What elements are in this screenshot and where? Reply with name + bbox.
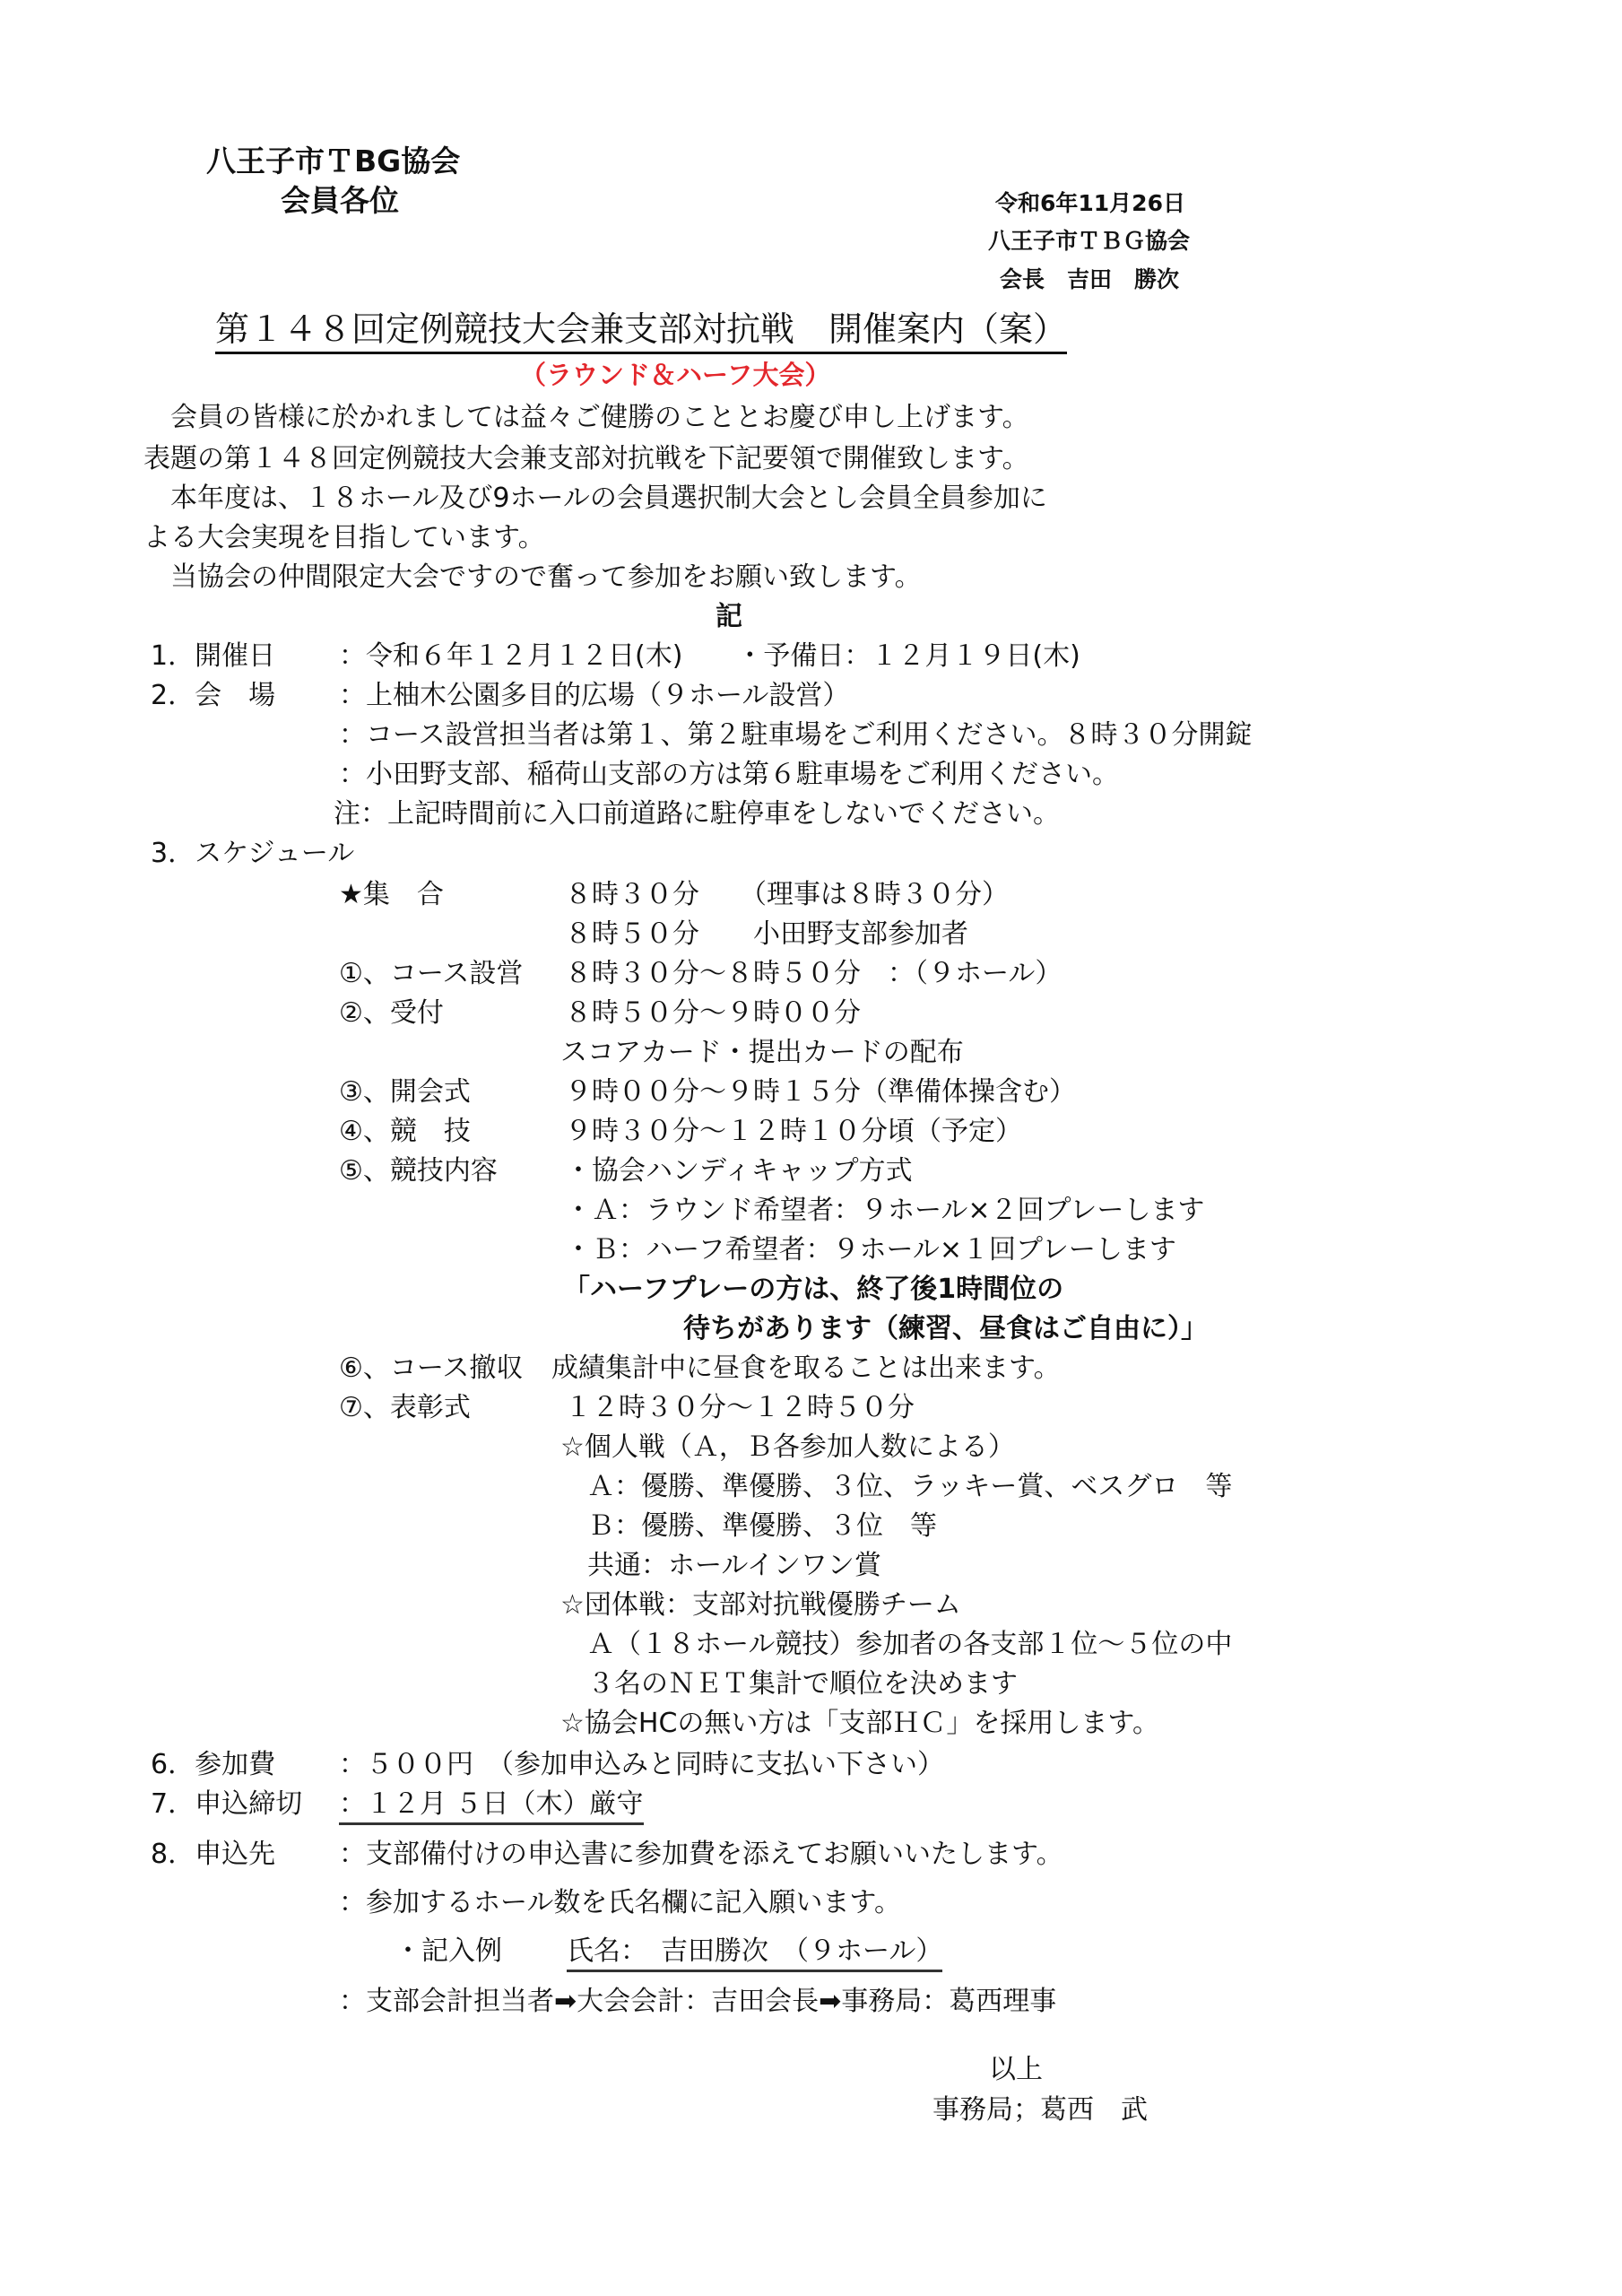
example-label: ・記入例 (395, 1935, 502, 1968)
sender-org: 八王子市ＴＢＧ協会 (988, 228, 1190, 255)
recipient-org: 八王子市ＴBG協会 (206, 143, 460, 179)
award-line: ☆個人戦（Ａ，Ｂ各参加人数による） (560, 1431, 1015, 1464)
recipient: 会員各位 (281, 183, 399, 219)
item-deadline-label: 7．申込締切 (151, 1788, 302, 1821)
schedule-row-label: ★集 合 (339, 879, 444, 911)
item-venue-note: 注：上記時間前に入口前道路に駐停車をしないでください。 (334, 798, 1060, 831)
award-line: ☆団体戦：支部対抗戦優勝チーム (560, 1589, 961, 1622)
closing: 以上 (989, 2054, 1043, 2086)
item-schedule-label: 3．スケジュール (151, 838, 354, 870)
schedule-row-value: １２時３０分～１２時５０分 (565, 1392, 915, 1424)
issue-date: 令和6年11月26日 (995, 190, 1185, 217)
item-apply-line: ：支部備付けの申込書に参加費を添えてお願いいたします。 (339, 1839, 1063, 1871)
contact: 事務局；葛西 武 (932, 2094, 1148, 2126)
award-line: Ａ：優勝、準優勝、３位、ラッキー賞、ベスグロ 等 (560, 1471, 1232, 1503)
subtitle: （ラウンド＆ハーフ大会） (520, 359, 831, 391)
schedule-row-value: スコアカード・提出カードの配布 (560, 1037, 964, 1069)
item-fee-label: 6．参加費 (151, 1749, 275, 1781)
schedule-row-label: ①、コース設営 (339, 958, 523, 990)
item-fee-value: ：５００円 （参加申込みと同時に支払い下さい） (339, 1749, 944, 1781)
item-date-label: 1．開催日 (151, 640, 275, 673)
schedule-row-label: ②、受付 (339, 997, 444, 1030)
item-venue-label: 2．会 場 (151, 680, 275, 712)
schedule-row-label: ③、開会式 (339, 1076, 471, 1109)
item-apply-line: ：参加するホール数を氏名欄に記入願います。 (339, 1887, 901, 1919)
ki-heading: 記 (716, 601, 742, 633)
item-apply-label: 8．申込先 (151, 1839, 275, 1871)
intro-line: 表題の第１４８回定例競技大会兼支部対抗戦を下記要領で開催致します。 (143, 443, 1029, 475)
schedule-row-value: ８時３０分 （理事は８時３０分） (565, 879, 1009, 911)
schedule-row-label: ⑦、表彰式 (339, 1392, 471, 1424)
example-value: 氏名： 吉田勝次 （９ホール） (567, 1935, 942, 1972)
schedule-row-label: ⑥、コース撤収 (339, 1352, 523, 1385)
item-deadline-value: ：１２月 ５日（木）厳守 (339, 1788, 644, 1825)
award-line: 共通：ホールインワン賞 (560, 1550, 881, 1582)
award-line: Ａ（１８ホール競技）参加者の各支部１位～５位の中 (560, 1629, 1232, 1661)
schedule-row-value: ９時３０分～１２時１０分頃（予定） (565, 1116, 1022, 1148)
intro-line: 当協会の仲間限定大会ですので奮って参加をお願い致します。 (143, 561, 922, 594)
schedule-row-value: ８時５０分 小田野支部参加者 (565, 918, 968, 951)
intro-line: よる大会実現を目指しています。 (143, 522, 545, 554)
schedule-row-value: ８時５０分～９時００分 (565, 997, 861, 1030)
half-play-notice: 待ちがあります（練習、昼食はご自由に）」 (683, 1313, 1208, 1345)
award-line: ☆協会HCの無い方は「支部ＨＣ」を採用します。 (560, 1708, 1159, 1740)
schedule-row-label: ④、競 技 (339, 1116, 471, 1148)
schedule-row-value: ・Ａ：ラウンド希望者：９ホール×２回プレーします (565, 1195, 1204, 1227)
schedule-row-value: ９時００分～９時１５分（準備体操含む） (565, 1076, 1076, 1109)
intro-line: 本年度は、１８ホール及び9ホールの会員選択制大会とし会員全員参加に (143, 483, 1047, 515)
item-venue-line: ：小田野支部、稲荷山支部の方は第６駐車場をご利用ください。 (339, 759, 1119, 791)
item-venue-line: ：コース設営担当者は第１、第２駐車場をご利用ください。８時３０分開錠 (339, 719, 1253, 752)
half-play-notice: 「ハーフプレーの方は、終了後1時間位の (563, 1274, 1063, 1306)
item-date-value: ：令和６年１２月１２日(木) ・予備日：１２月１９日(木) (339, 640, 1080, 673)
item-venue-line: ：上柚木公園多目的広場（９ホール設営） (339, 680, 849, 712)
schedule-row-value: ・協会ハンディキャップ方式 (565, 1155, 913, 1187)
intro-line: 会員の皆様に於かれましては益々ご健勝のこととお慶び申し上げます。 (143, 402, 1029, 434)
schedule-row-value: ８時３０分～８時５０分 ：（９ホール） (565, 958, 1062, 990)
schedule-row-label: ⑤、競技内容 (339, 1155, 498, 1187)
award-line: ３名のＮＥＴ集計で順位を決めます (560, 1668, 1018, 1700)
payment-flow: ：支部会計担当者➡大会会計：吉田会長➡事務局：葛西理事 (339, 1986, 1056, 2018)
schedule-row-value: 成績集計中に昼食を取ることは出来ます。 (551, 1352, 1061, 1385)
sender-name: 会長 吉田 勝次 (1000, 266, 1179, 293)
schedule-row-value: ・Ｂ：ハーフ希望者：９ホール×１回プレーします (565, 1234, 1176, 1266)
page-title: 第１４８回定例競技大会兼支部対抗戦 開催案内（案） (215, 309, 1067, 354)
award-line: Ｂ：優勝、準優勝、３位 等 (560, 1510, 937, 1543)
